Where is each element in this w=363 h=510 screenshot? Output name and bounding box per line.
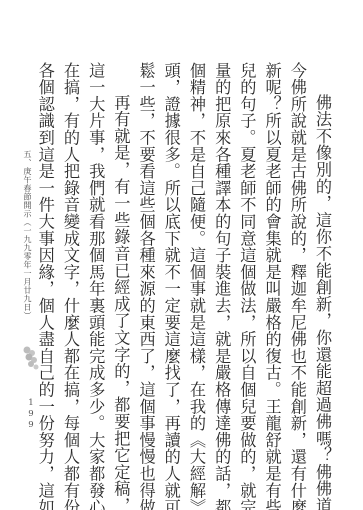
- text-column-12: 各個認識到這是一件大事因緣，個人盡自己的一份努力，這如來悉: [33, 62, 58, 482]
- text-column-3: 新呢？所以夏老師的會集就是叫嚴格的復古。王龍舒就是有些自個: [259, 62, 284, 482]
- text-column-9: 再有就是，有一些錄音已經成了文字的，都要把它定稿，所以: [108, 62, 133, 482]
- text-column-10: 這一大片事，我們就看那個馬年裏頭能完成多少。大家都發心，都: [83, 62, 108, 482]
- text-column-11: 在搞，有的人把錄音變成文字，什麼人都在搞，每個人都有份了。: [58, 62, 83, 482]
- body-text: 佛法不像別的，這你不能創新，你還能超過佛嗎？佛佛道同， 今佛所說就是古佛所說的，…: [33, 62, 335, 482]
- text-column-8: 鬆一些，不要看這些個各種來源的東西了，這個事慢慢也得做。: [133, 62, 158, 482]
- page-number: 199: [26, 398, 36, 431]
- text-column-5: 量的把原來各種譯本的句子裝進去，就是嚴格傳達佛的話，都是這: [209, 62, 234, 482]
- text-column-2: 今佛所說就是古佛所說的，釋迦牟尼佛也不能創新，還有什麼叫創: [285, 62, 310, 482]
- floral-ornament-icon: [21, 346, 41, 372]
- text-column-6: 個精神，不是自己隨便。這個事就是這樣，在我的《大經解》裏: [184, 62, 209, 482]
- text-column-4: 兒的句子。夏老師不同意這個做法，所以自個兒要做的，就完全盡: [234, 62, 259, 482]
- text-column-7: 頭，證據很多。所以底下就不一定要這麼找了，再讀的人就可以輕: [159, 62, 184, 482]
- book-page: 佛法不像別的，這你不能創新，你還能超過佛嗎？佛佛道同， 今佛所說就是古佛所說的，…: [0, 0, 363, 510]
- text-column-1: 佛法不像別的，這你不能創新，你還能超過佛嗎？佛佛道同，: [310, 62, 335, 482]
- running-header: 五、庚午春節開示（一九九零年一月廿九日）: [22, 150, 33, 320]
